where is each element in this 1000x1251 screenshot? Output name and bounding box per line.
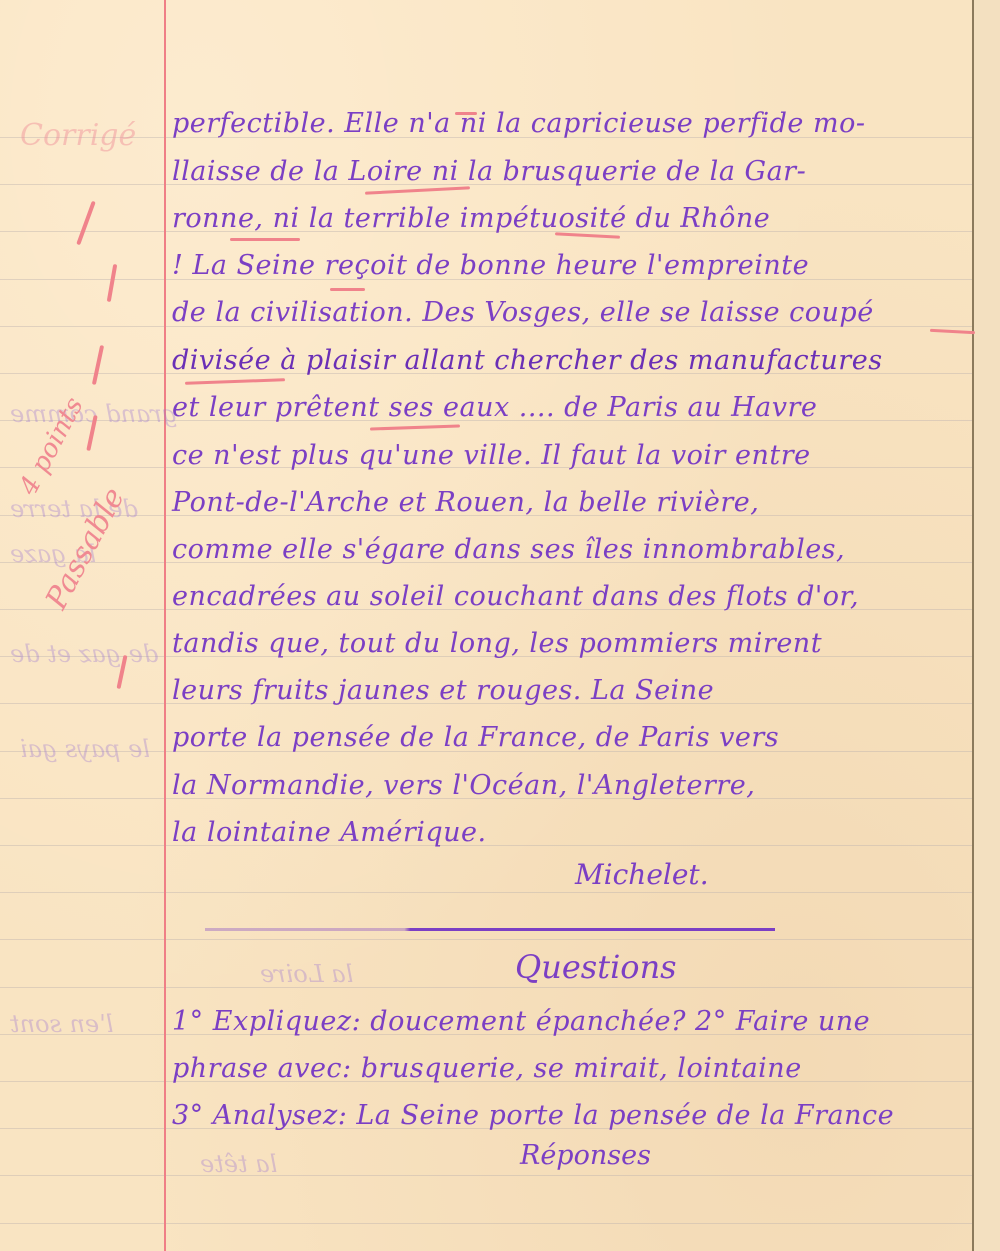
margin-faded-annotation: Corrigé	[20, 118, 136, 153]
correction-tick-mark	[92, 345, 104, 385]
ruled-line	[0, 1223, 980, 1224]
dictation-line: Pont-de-l'Arche et Rouen, la belle riviè…	[172, 487, 972, 519]
bleed-through-text: l'en sont	[10, 1010, 113, 1038]
margin-line	[164, 0, 166, 1251]
correction-underline	[185, 378, 285, 384]
author-signature: Michelet.	[575, 858, 709, 891]
question-item: phrase avec: brusquerie, se mirait, loin…	[172, 1053, 972, 1085]
dictation-line: ! La Seine reçoit de bonne heure l'empre…	[172, 250, 972, 282]
dictation-line: ce n'est plus qu'une ville. Il faut la v…	[172, 440, 972, 472]
ruled-line	[0, 939, 980, 940]
dictation-line: comme elle s'égare dans ses îles innombr…	[172, 534, 972, 566]
dictation-line: ronne, ni la terrible impétuosité du Rhô…	[172, 203, 972, 235]
ruled-line	[0, 987, 980, 988]
correction-underline	[930, 329, 975, 334]
dictation-line: tandis que, tout du long, les pommiers m…	[172, 628, 972, 660]
bleed-through-text: de gaz et de	[10, 640, 158, 668]
dictation-line: perfectible. Elle n'a ni la capricieuse …	[172, 108, 972, 140]
correction-underline	[230, 238, 300, 241]
questions-heading: Questions	[515, 948, 677, 986]
dictation-line: porte la pensée de la France, de Paris v…	[172, 722, 972, 754]
answers-heading: Réponses	[520, 1140, 651, 1171]
correction-underline	[455, 112, 477, 115]
dictation-line: la Normandie, vers l'Océan, l'Angleterre…	[172, 770, 972, 802]
correction-underline	[330, 288, 365, 291]
dictation-line: divisée à plaisir allant chercher des ma…	[172, 345, 972, 377]
question-item: 1° Expliquez: doucement épanchée? 2° Fai…	[172, 1006, 972, 1038]
page-fold	[972, 0, 974, 1251]
dictation-line: et leur prêtent ses eaux .... de Paris a…	[172, 392, 972, 424]
correction-tick-mark	[76, 201, 95, 246]
ruled-line	[0, 892, 980, 893]
correction-underline	[370, 424, 460, 430]
dictation-line: encadrées au soleil couchant dans des fl…	[172, 581, 972, 613]
notebook-page: grand comme de la terre la gaze de gaz e…	[0, 0, 1000, 1251]
dictation-line: la lointaine Amérique.	[172, 817, 972, 849]
question-item: 3° Analysez: La Seine porte la pensée de…	[172, 1100, 972, 1132]
dictation-line: leurs fruits jaunes et rouges. La Seine	[172, 675, 972, 707]
correction-tick-mark	[107, 264, 118, 302]
bleed-through-text: le pays gai	[20, 735, 150, 763]
dictation-line: llaisse de la Loire ni la brusquerie de …	[172, 156, 972, 188]
ruled-line	[0, 1175, 980, 1176]
dictation-line: de la civilisation. Des Vosges, elle se …	[172, 297, 972, 329]
bleed-through-text: la Loire	[260, 960, 353, 988]
bleed-through-text: la tête	[200, 1150, 277, 1178]
facing-page-edge	[974, 0, 1000, 1251]
section-divider	[205, 928, 775, 931]
